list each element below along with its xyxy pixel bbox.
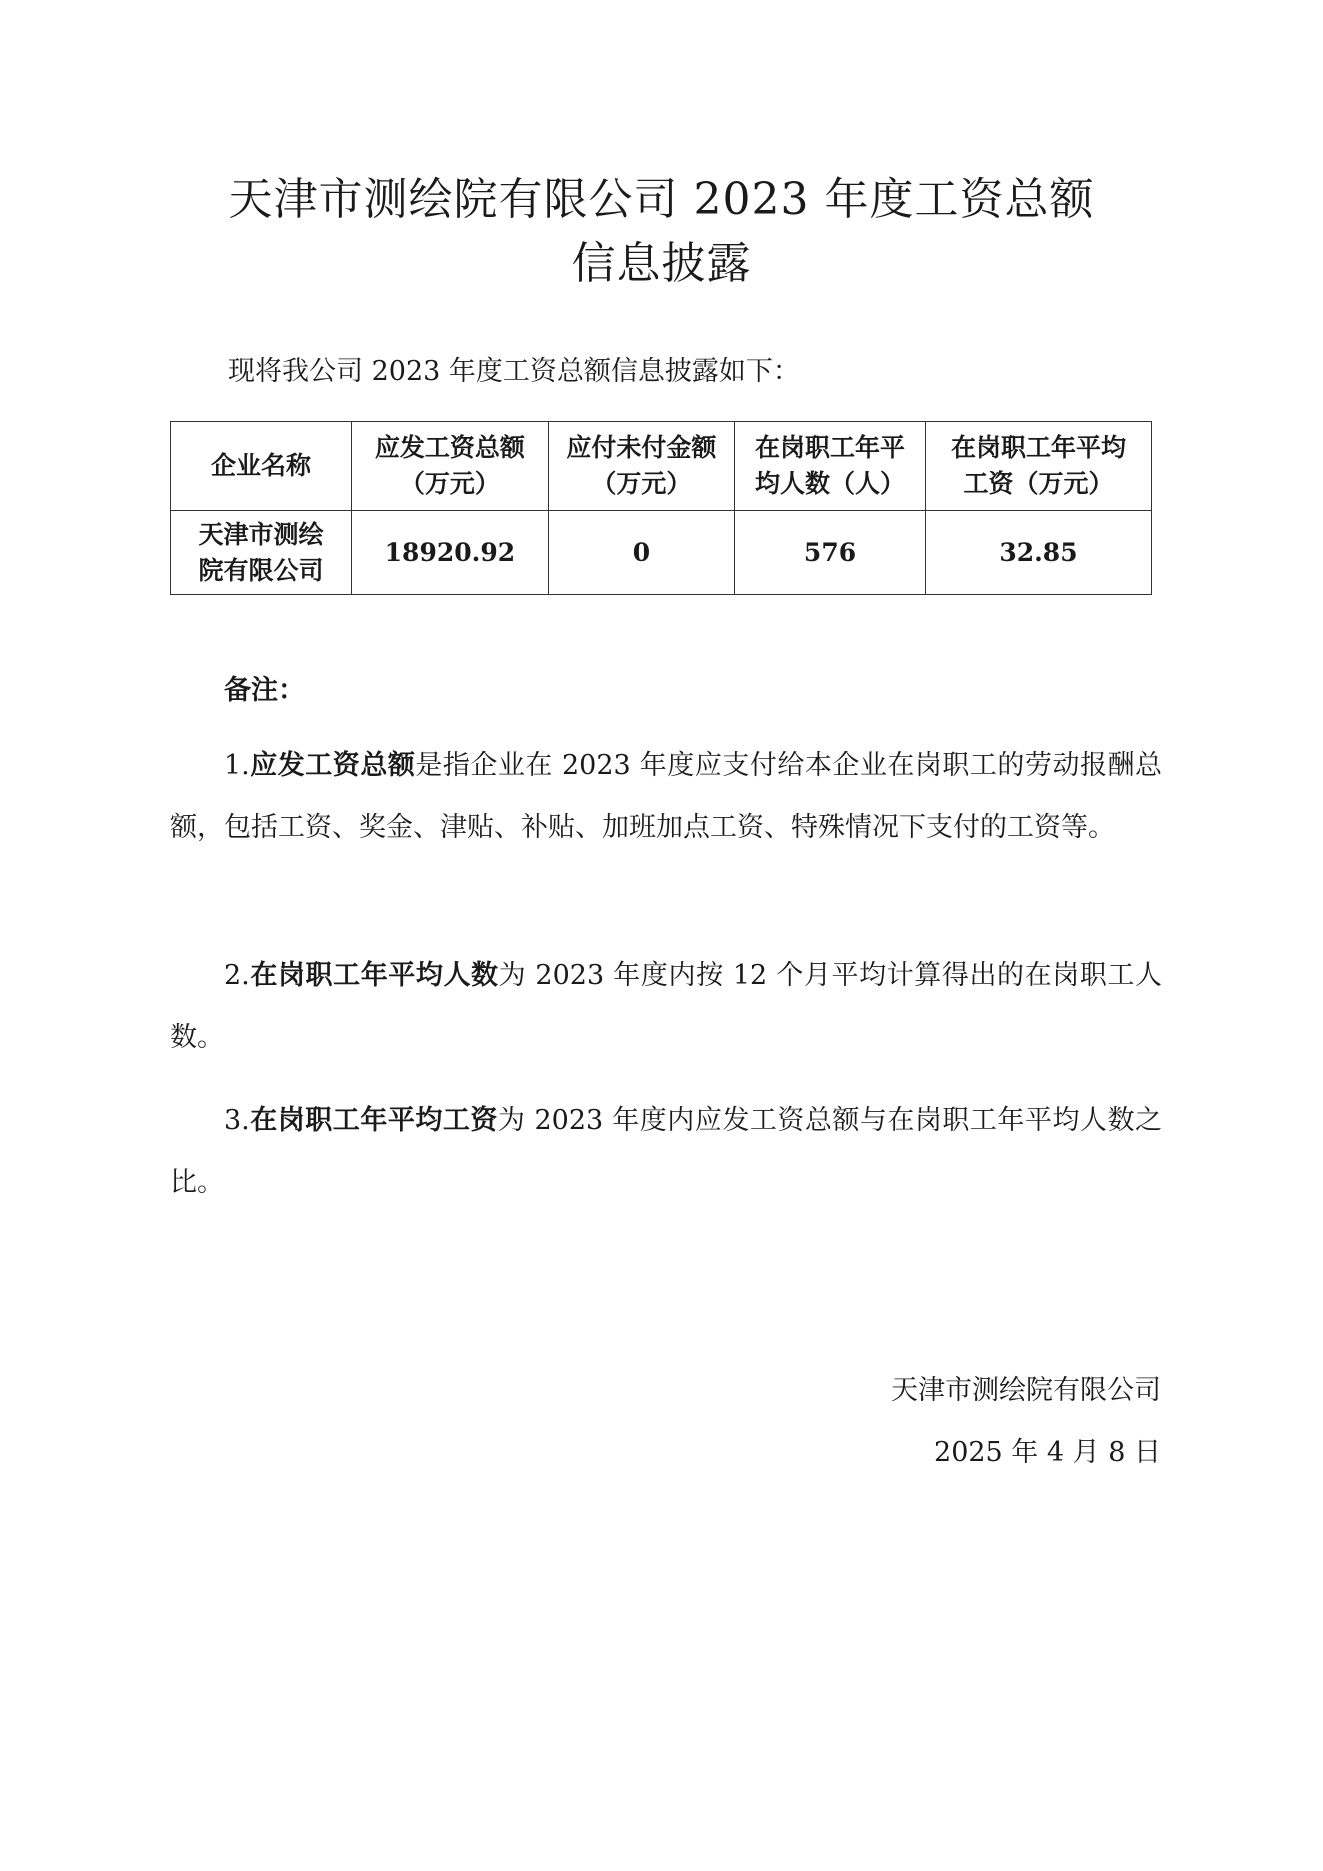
header-company-name: 企业名称	[171, 422, 352, 511]
signature-block: 天津市测绘院有限公司 2025 年 4 月 8 日	[891, 1360, 1161, 1484]
note-item-2: 2.在岗职工年平均人数为 2023 年度内按 12 个月平均计算得出的在岗职工人…	[170, 945, 1162, 1069]
table-row: 天津市测绘 院有限公司 18920.92 0 576 32.85	[171, 511, 1152, 595]
header-total-payable-wages: 应发工资总额 （万元）	[352, 422, 549, 511]
note-item-1: 1.应发工资总额是指企业在 2023 年度应支付给本企业在岗职工的劳动报酬总额，…	[170, 735, 1162, 859]
title-line-2: 信息披露	[0, 232, 1323, 296]
intro-text: 现将我公司 2023 年度工资总额信息披露如下：	[228, 352, 800, 392]
signature-date: 2025 年 4 月 8 日	[891, 1422, 1161, 1484]
cell-avg-wage: 32.85	[925, 511, 1151, 595]
table-header-row: 企业名称 应发工资总额 （万元） 应付未付金额 （万元） 在岗职工年平 均人数（…	[171, 422, 1152, 511]
note-term: 应发工资总额	[250, 750, 416, 781]
cell-company-name: 天津市测绘 院有限公司	[171, 511, 352, 595]
title-line-1: 天津市测绘院有限公司 2023 年度工资总额	[0, 168, 1323, 232]
signature-company: 天津市测绘院有限公司	[891, 1360, 1161, 1422]
cell-unpaid-amount: 0	[548, 511, 734, 595]
header-avg-employees: 在岗职工年平 均人数（人）	[735, 422, 926, 511]
note-prefix: 3.	[224, 1105, 250, 1136]
note-term: 在岗职工年平均人数	[250, 960, 499, 991]
note-item-3: 3.在岗职工年平均工资为 2023 年度内应发工资总额与在岗职工年平均人数之比。	[170, 1090, 1162, 1214]
header-avg-wage: 在岗职工年平均 工资（万元）	[925, 422, 1151, 511]
note-prefix: 2.	[224, 960, 250, 991]
header-unpaid-amount: 应付未付金额 （万元）	[548, 422, 734, 511]
note-term: 在岗职工年平均工资	[250, 1105, 498, 1136]
note-prefix: 1.	[224, 750, 250, 781]
notes-heading: 备注：	[224, 668, 305, 707]
cell-avg-employees: 576	[735, 511, 926, 595]
document-title: 天津市测绘院有限公司 2023 年度工资总额 信息披露	[0, 168, 1323, 296]
cell-total-payable-wages: 18920.92	[352, 511, 549, 595]
wage-disclosure-table: 企业名称 应发工资总额 （万元） 应付未付金额 （万元） 在岗职工年平 均人数（…	[170, 421, 1152, 595]
